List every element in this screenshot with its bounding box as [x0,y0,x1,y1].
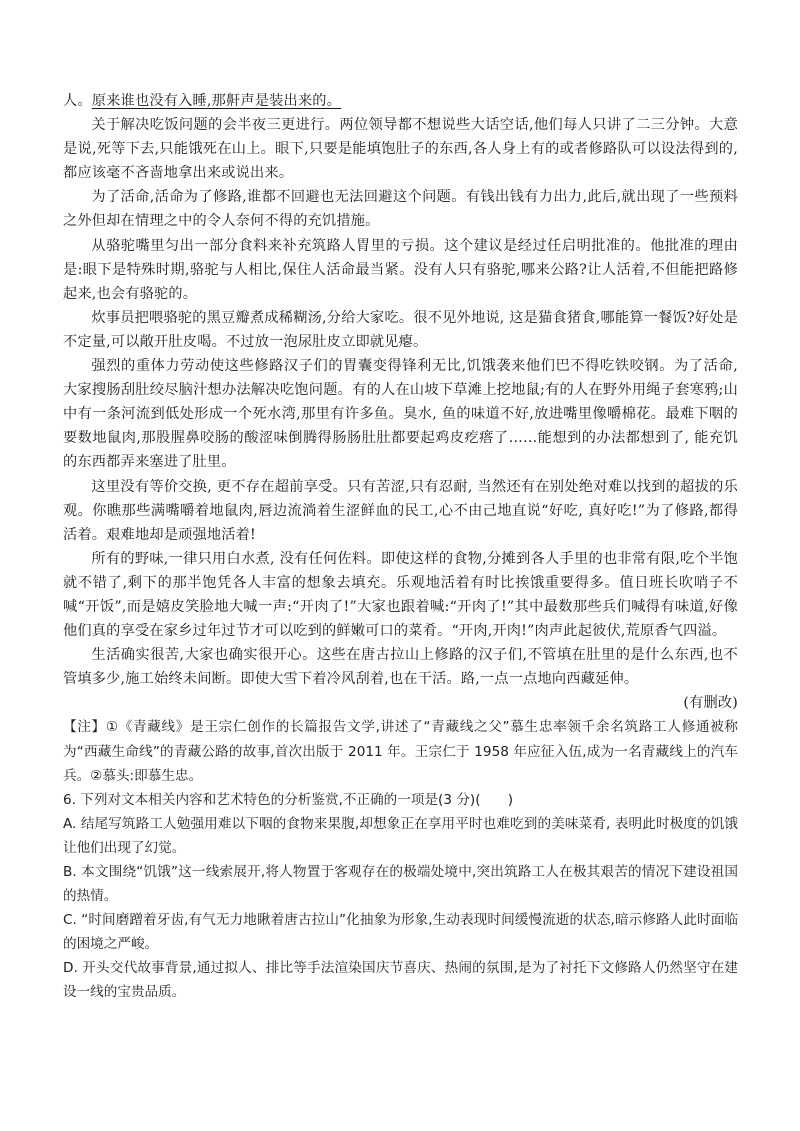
passage-paragraph: 这里没有等价交换, 更不存在超前享受。只有苦涩,只有忍耐, 当然还有在别处绝对难… [63,475,738,547]
passage-paragraph: 生活确实很苦,大家也确实很开心。这些在唐古拉山上修路的汉子们,不管填在肚里的是什… [63,643,738,691]
passage-paragraph: 炊事员把喂骆驼的黑豆瓣煮成稀糊汤,分给大家吃。很不见外地说, 这是猫食猪食,哪能… [63,306,738,354]
passage-paragraph: 为了活命,活命为了修路,谁都不回避也无法回避这个问题。有钱出钱有力出力,此后,就… [63,185,738,233]
underlined-sentence: 原来谁也没有入睡,那鼾声是装出来的。 [92,93,341,109]
option-d: D. 开头交代故事背景,通过拟人、排比等手法渲染国庆节喜庆、热闹的氛围,是为了衬… [63,956,738,1004]
passage-paragraph: 所有的野味,一律只用白水煮, 没有任何佐料。即使这样的食物,分摊到各人手里的也非… [63,547,738,643]
option-b: B. 本文围绕“饥饿”这一线索展开,将人物置于客观存在的极端处境中,突出筑路工人… [63,860,738,908]
first-line-prefix: 人。 [63,93,92,109]
question-stem: 6. 下列对文本相关内容和艺术特色的分析鉴赏,不正确的一项是(3 分)( ) [63,788,738,812]
passage-paragraph: 从骆驼嘴里匀出一部分食料来补充筑路人胃里的亏损。这个建议是经过任启明批准的。他批… [63,234,738,306]
annotation-note: 【注】①《青藏线》是王宗仁创作的长篇报告文学,讲述了“青藏线之父”慕生忠率领千余… [63,715,738,787]
passage-paragraph: 强烈的重体力劳动使这些修路汉子们的胃囊变得锋利无比,饥饿袭来他们巴不得吃铁咬钢。… [63,354,738,474]
option-a: A. 结尾写筑路工人勉强用难以下咽的食物来果腹,却想象正在享用平时也难吃到的美味… [63,812,738,860]
passage-paragraph: 关于解决吃饭问题的会半夜三更进行。两位领导都不想说些大话空话,他们每人只讲了二三… [63,113,738,185]
source-note: (有删改) [63,691,738,715]
option-c: C. “时间磨蹭着牙齿,有气无力地瞅着唐古拉山”化抽象为形象,生动表现时间缓慢流… [63,908,738,956]
passage-first-line: 人。原来谁也没有入睡,那鼾声是装出来的。 [63,89,738,113]
document-page: 人。原来谁也没有入睡,那鼾声是装出来的。 关于解决吃饭问题的会半夜三更进行。两位… [63,89,738,1005]
